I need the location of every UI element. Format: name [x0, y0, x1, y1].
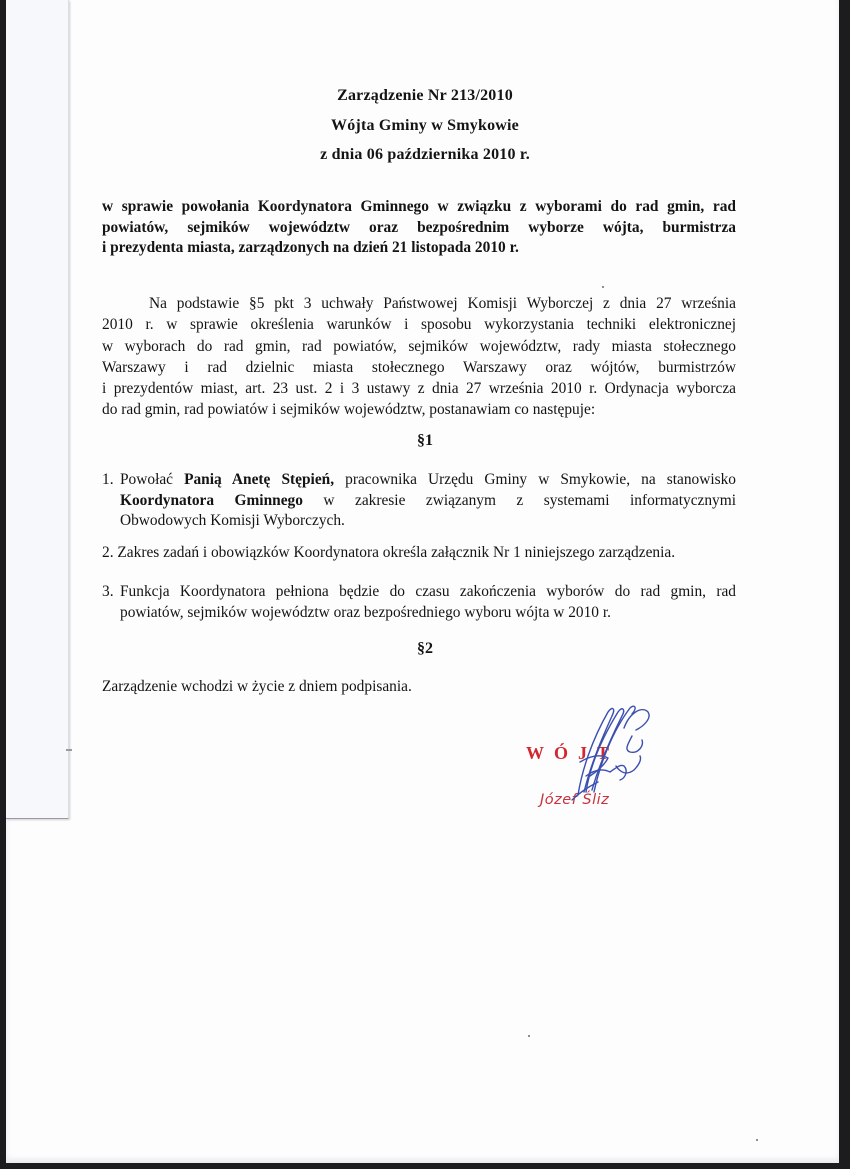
position-title: Koordynatora Gminnego [120, 492, 303, 509]
subject-line: i prezydenta miasta, zarządzonych na dzi… [102, 238, 736, 259]
item-number: 1. [102, 470, 114, 491]
item-number: 2. [102, 544, 114, 561]
official-stamp: WÓJT Józef Śliz [520, 700, 680, 830]
item-number: 3. [102, 582, 114, 603]
scan-speck [602, 286, 604, 288]
basis-line: 2010 r. w sprawie określenia warunków i … [102, 314, 736, 335]
scanned-document: Zarządzenie Nr 213/2010 Wójta Gminy w Sm… [0, 0, 850, 1169]
issue-date: z dnia 06 października 2010 r. [0, 146, 850, 164]
item-text: w zakresie związanym z systemami informa… [303, 492, 736, 509]
item-text: Powołać [120, 471, 184, 488]
item-line: Powołać Panią Anetę Stępień, pracownika … [120, 470, 736, 491]
section-1-list-cont: 2. Zakres zadań i obowiązków Koordynator… [102, 543, 736, 564]
section-1-list: 1. Powołać Panią Anetę Stępień, pracowni… [102, 470, 736, 532]
issuer: Wójta Gminy w Smykowie [0, 117, 850, 135]
subject-line: powiatów, sejmików województw oraz bezpo… [102, 218, 736, 239]
legal-basis: Na podstawie §5 pkt 3 uchwały Państwowej… [102, 293, 736, 421]
section-1-sign: §1 [0, 432, 850, 450]
subject: w sprawie powołania Koordynatora Gminneg… [102, 197, 736, 259]
subject-line: w sprawie powołania Koordynatora Gminneg… [102, 197, 736, 218]
appointee-name: Panią Anetę Stępień, [184, 471, 334, 488]
item-line: Obwodowych Komisji Wyborczych. [120, 511, 736, 532]
list-item-1: 1. Powołać Panią Anetę Stępień, pracowni… [102, 470, 736, 532]
item-line: powiatów, sejmików województw oraz bezpo… [120, 603, 736, 624]
item-text: Zakres zadań i obowiązków Koordynatora o… [117, 544, 675, 561]
effective-clause: Zarządzenie wchodzi w życie z dniem podp… [102, 678, 412, 696]
list-item-2: 2. Zakres zadań i obowiązków Koordynator… [102, 543, 736, 564]
handwritten-signature-icon [520, 700, 680, 830]
ordinance-number: Zarządzenie Nr 213/2010 [0, 87, 850, 105]
document-content: Zarządzenie Nr 213/2010 Wójta Gminy w Sm… [0, 0, 850, 1169]
list-item-3: 3. Funkcja Koordynatora pełniona będzie … [102, 582, 736, 623]
item-text: pracownika Urzędu Gminy w Smykowie, na s… [334, 471, 736, 488]
scan-speck [756, 1139, 758, 1141]
basis-line: Warszawy i rad dzielnic miasta stołeczne… [102, 357, 736, 378]
item-line: Funkcja Koordynatora pełniona będzie do … [120, 582, 736, 603]
basis-line: i prezydentów miast, art. 23 ust. 2 i 3 … [102, 378, 736, 399]
item-line: Koordynatora Gminnego w zakresie związan… [120, 491, 736, 512]
scan-speck [528, 1035, 530, 1037]
basis-line: do rad gmin, rad powiatów i sejmików woj… [102, 399, 736, 420]
basis-line: w wyborach do rad gmin, rad powiatów, se… [102, 336, 736, 357]
section-2-sign: §2 [0, 640, 850, 658]
section-1-list-cont-2: 3. Funkcja Koordynatora pełniona będzie … [102, 582, 736, 623]
basis-line: Na podstawie §5 pkt 3 uchwały Państwowej… [102, 293, 736, 314]
